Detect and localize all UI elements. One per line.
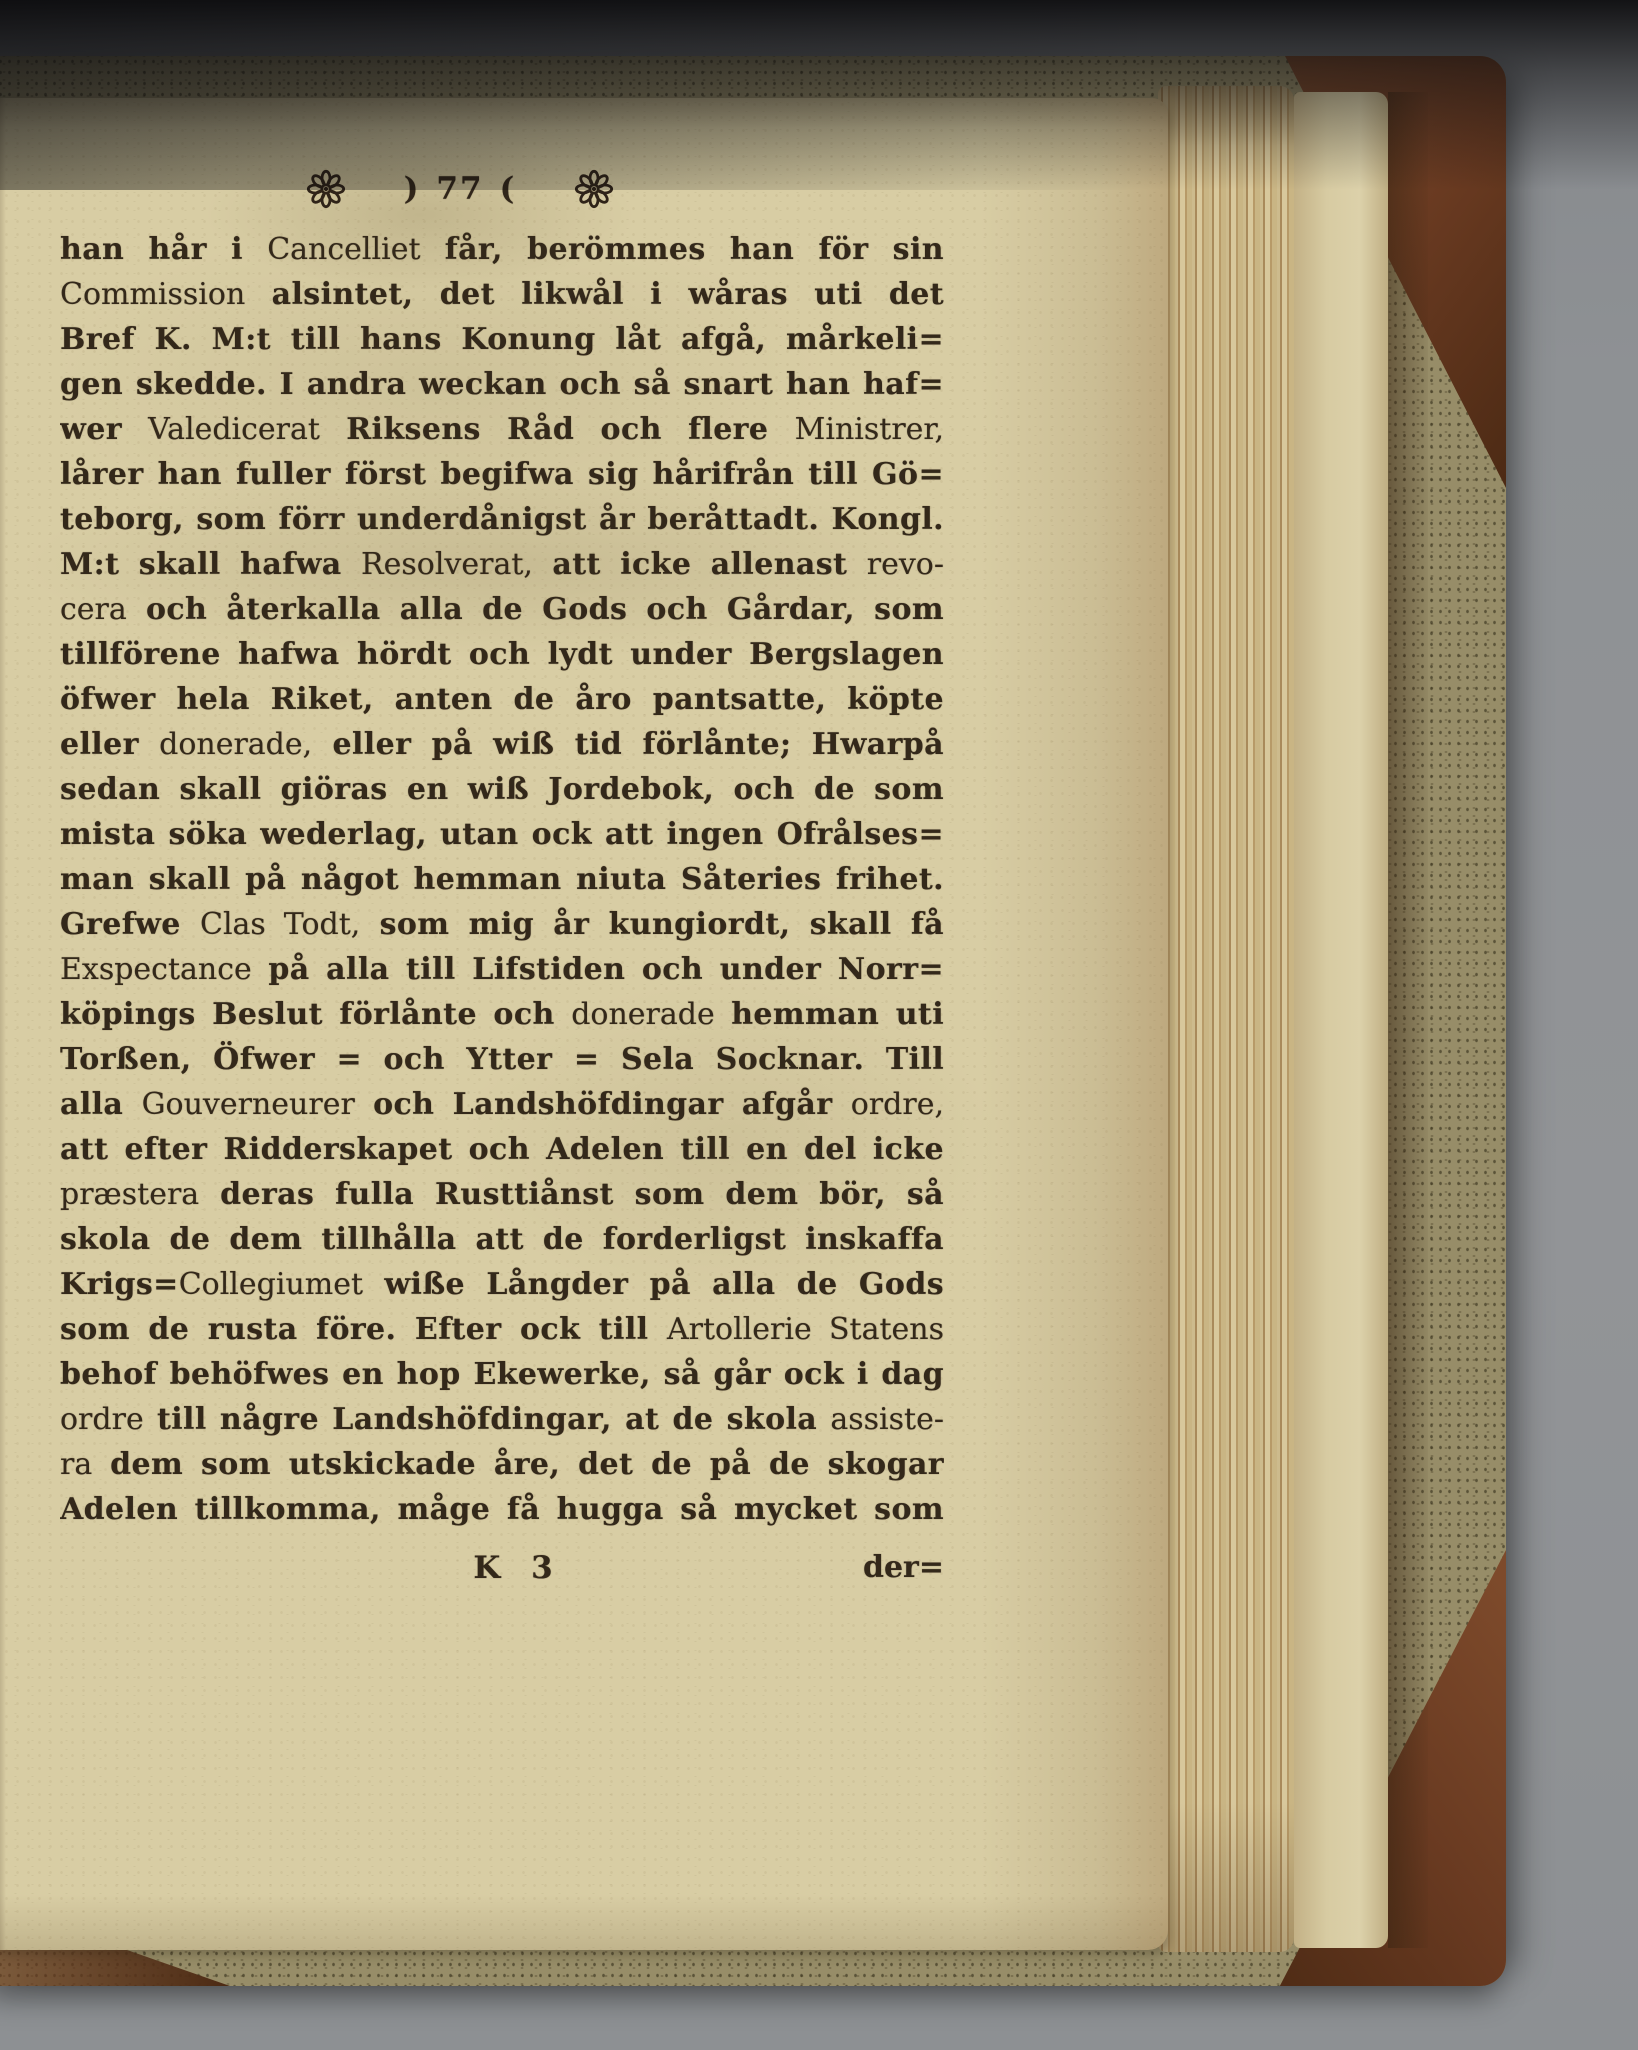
body-line: som de rusta före. Efter ock till Artoll… — [60, 1307, 944, 1352]
body-line: lårer han fuller först begifwa sig hårif… — [60, 452, 944, 497]
body-line: man skall på något hemman niuta Såteries… — [60, 857, 944, 902]
body-line: wer Valedicerat Riksens Råd och flere Mi… — [60, 407, 944, 452]
body-line: præstera deras fulla Rusttiånst som dem … — [60, 1172, 944, 1217]
body-line: Torßen, Öfwer = och Ytter = Sela Socknar… — [60, 1037, 944, 1082]
body-line: alla Gouverneurer och Landshöfdingar afg… — [60, 1082, 944, 1127]
body-line: Grefwe Clas Todt, som mig år kungiordt, … — [60, 902, 944, 947]
body-text: han hår i Cancelliet får, berömmes han f… — [60, 227, 944, 1532]
body-line: köpings Beslut förlånte och donerade hem… — [60, 992, 944, 1037]
body-line: Adelen tillkomma, måge få hugga så mycke… — [60, 1487, 944, 1532]
body-line: Commission alsintet, det likwål i wåras … — [60, 272, 944, 317]
cover-gap-shadow — [1388, 92, 1428, 1948]
body-line: eller donerade, eller på wiß tid förlånt… — [60, 722, 944, 767]
book-page: ) 77 ( — [0, 98, 1168, 1950]
book-photo: ) 77 ( — [0, 0, 1638, 2050]
page-number: 77 — [436, 171, 483, 207]
body-line: skola de dem tillhålla att de forderligs… — [60, 1217, 944, 1262]
fleuron-icon — [574, 169, 614, 209]
outer-leaf-edge — [1294, 92, 1388, 1948]
book-cover: ) 77 ( — [0, 56, 1506, 1986]
body-line: tillförene hafwa hördt och lydt under Be… — [60, 632, 944, 677]
fleuron-icon — [306, 169, 346, 209]
header-paren-left: ) — [404, 171, 421, 207]
body-line: M:t skall hafwa Resolverat, att icke all… — [60, 542, 944, 587]
body-line: ra dem som utskickade åre, det de på de … — [60, 1442, 944, 1487]
body-line: behof behöfwes en hop Ekewerke, så går o… — [60, 1352, 944, 1397]
body-line: Exspectance på alla till Lifstiden och u… — [60, 947, 944, 992]
body-line: mista söka wederlag, utan ock att ingen … — [60, 812, 944, 857]
page-footer: K 3 der= — [60, 1550, 944, 1598]
body-line: Bref K. M:t till hans Konung låt afgå, m… — [60, 317, 944, 362]
body-line: gen skedde. I andra weckan och så snart … — [60, 362, 944, 407]
header-paren-right: ( — [500, 171, 517, 207]
body-line: öfwer hela Riket, anten de åro pantsatte… — [60, 677, 944, 722]
body-line: han hår i Cancelliet får, berömmes han f… — [60, 227, 944, 272]
body-line: sedan skall giöras en wiß Jordebok, och … — [60, 767, 944, 812]
signature-mark: K 3 — [473, 1550, 562, 1586]
body-line: cera och återkalla alla de Gods och Gård… — [60, 587, 944, 632]
page-number-group: ) 77 ( — [404, 171, 516, 207]
body-line: ordre till någre Landshöfdingar, at de s… — [60, 1397, 944, 1442]
catchword: der= — [863, 1550, 944, 1585]
body-line: att efter Ridderskapet och Adelen till e… — [60, 1127, 944, 1172]
body-line: teborg, som förr underdånigst år beråtta… — [60, 497, 944, 542]
page-edges — [1158, 86, 1294, 1952]
page-header: ) 77 ( — [18, 160, 902, 218]
body-line: Krigs=Collegiumet wiße Långder på alla d… — [60, 1262, 944, 1307]
